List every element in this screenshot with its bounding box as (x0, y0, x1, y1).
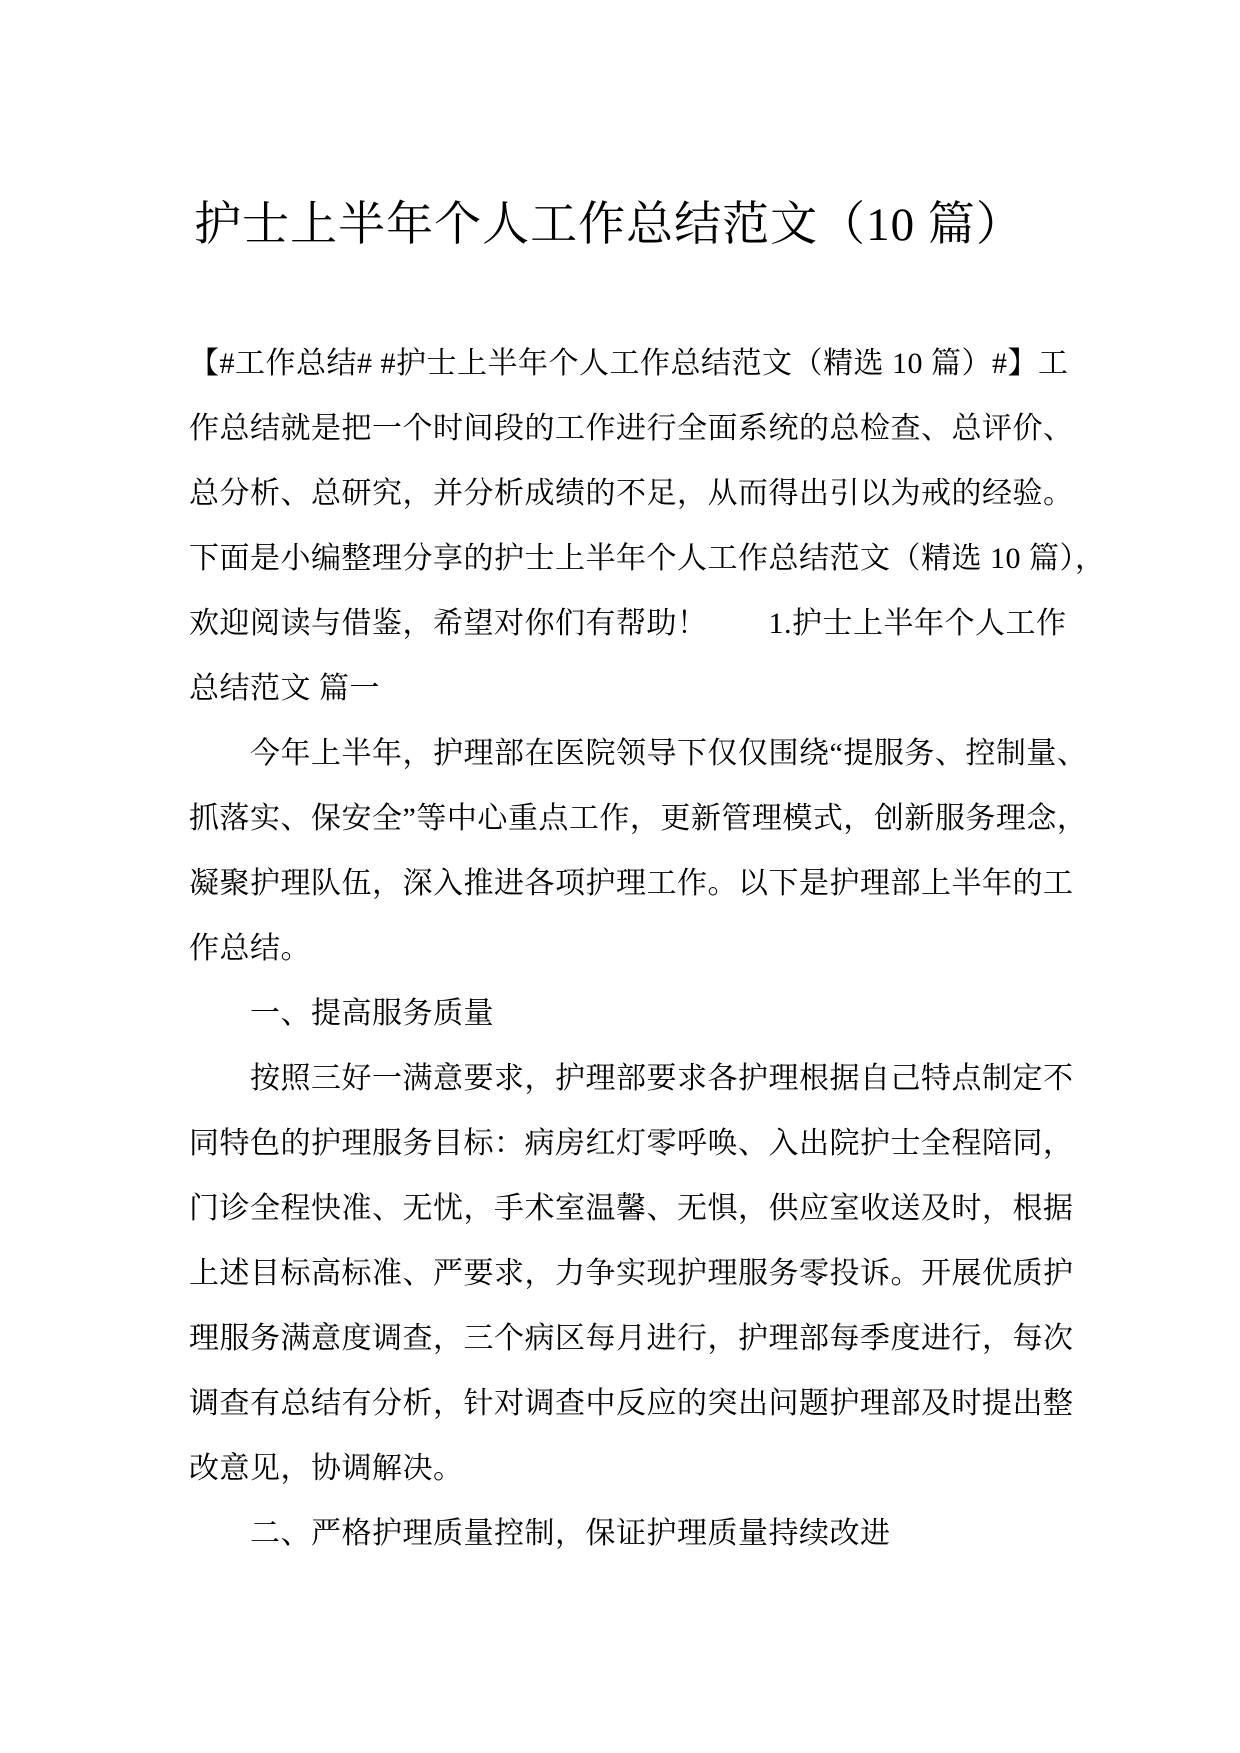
document-page: 护士上半年个人工作总结范文（10 篇） 【#工作总结# #护士上半年个人工作总结… (0, 0, 1240, 1753)
text-line: 改意见，协调解决。 (189, 1436, 1089, 1501)
text-line: 作总结就是把一个时间段的工作进行全面系统的总检查、总评价、 (189, 396, 1089, 461)
text-line: 总结范文 篇一 (189, 656, 1089, 721)
text-line: 凝聚护理队伍，深入推进各项护理工作。以下是护理部上半年的工 (189, 851, 1089, 916)
paragraph-3-section-heading: 一、提高服务质量 (189, 981, 1089, 1046)
text-line: 上述目标高标准、严要求，力争实现护理服务零投诉。开展优质护 (189, 1241, 1089, 1306)
text-line: 一、提高服务质量 (189, 981, 1089, 1046)
document-body: 【#工作总结# #护士上半年个人工作总结范文（精选 10 篇）#】工作总结就是把… (189, 331, 1089, 1566)
text-line: 理服务满意度调查，三个病区每月进行，护理部每季度进行，每次 (189, 1306, 1089, 1371)
text-line: 今年上半年，护理部在医院领导下仅仅围绕“提服务、控制量、 (189, 721, 1089, 786)
text-line: 作总结。 (189, 916, 1089, 981)
text-line: 门诊全程快准、无忧，手术室温馨、无惧，供应室收送及时，根据 (189, 1176, 1089, 1241)
text-line: 下面是小编整理分享的护士上半年个人工作总结范文（精选 10 篇）， (189, 526, 1089, 591)
text-line: 欢迎阅读与借鉴，希望对你们有帮助！ 1.护士上半年个人工作 (189, 591, 1089, 656)
paragraph-4-paragraph: 按照三好一满意要求，护理部要求各护理根据自己特点制定不同特色的护理服务目标：病房… (189, 1046, 1089, 1501)
text-line: 总分析、总研究，并分析成绩的不足，从而得出引以为戒的经验。 (189, 461, 1089, 526)
paragraph-5-section-heading: 二、严格护理质量控制，保证护理质量持续改进 (189, 1501, 1089, 1566)
document-title: 护士上半年个人工作总结范文（10 篇） (189, 193, 1029, 258)
text-line: 【#工作总结# #护士上半年个人工作总结范文（精选 10 篇）#】工 (189, 331, 1089, 396)
text-line: 二、严格护理质量控制，保证护理质量持续改进 (189, 1501, 1089, 1566)
text-line: 按照三好一满意要求，护理部要求各护理根据自己特点制定不 (189, 1046, 1089, 1111)
text-line: 同特色的护理服务目标：病房红灯零呼唤、入出院护士全程陪同， (189, 1111, 1089, 1176)
paragraph-1-lead: 【#工作总结# #护士上半年个人工作总结范文（精选 10 篇）#】工作总结就是把… (189, 331, 1089, 721)
text-line: 抓落实、保安全”等中心重点工作，更新管理模式，创新服务理念， (189, 786, 1089, 851)
paragraph-2-paragraph: 今年上半年，护理部在医院领导下仅仅围绕“提服务、控制量、抓落实、保安全”等中心重… (189, 721, 1089, 981)
text-line: 调查有总结有分析，针对调查中反应的突出问题护理部及时提出整 (189, 1371, 1089, 1436)
